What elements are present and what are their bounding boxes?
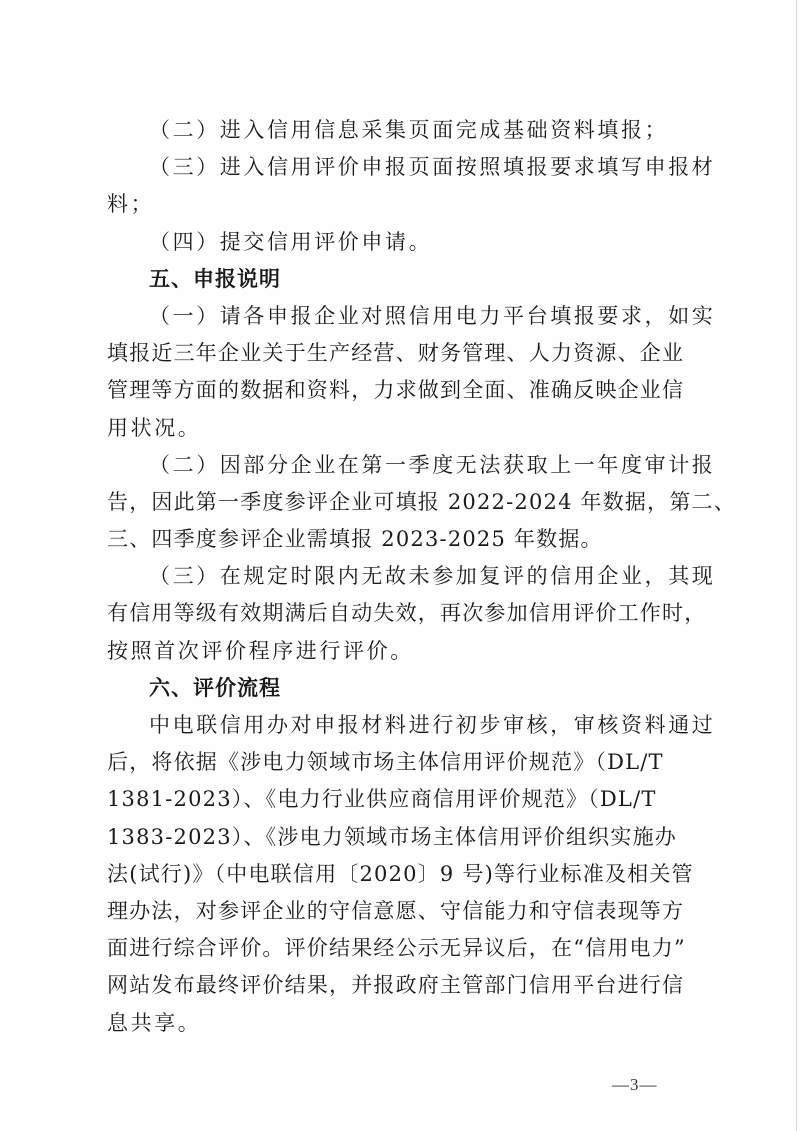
list-item-3-cont: 料； xyxy=(107,186,697,223)
paragraph-5-1: （一）请各申报企业对照信用电力平台填报要求，如实 xyxy=(107,298,697,335)
page-number: —3— xyxy=(612,1075,658,1095)
list-item-3: （三）进入信用评价申报页面按照填报要求填写申报材 xyxy=(107,149,697,186)
paragraph-5-2-line2: 告，因此第一季度参评企业可填报 2022-2024 年数据，第二、 xyxy=(107,484,697,521)
paragraph-5-1-line2: 填报近三年企业关于生产经营、财务管理、人力资源、企业 xyxy=(107,335,697,372)
paragraph-6-line6: 理办法，对参评企业的守信意愿、守信能力和守信表现等方 xyxy=(107,893,697,930)
page-edge-shadow xyxy=(796,0,797,1131)
paragraph-6-line3: 1381-2023）、《电力行业供应商信用评价规范》（DL/T xyxy=(107,781,697,818)
paragraph-6-line8: 网站发布最终评价结果，并报政府主管部门信用平台进行信 xyxy=(107,967,697,1004)
paragraph-6-line5: 法(试行)》（中电联信用〔2020〕9 号)等行业标准及相关管 xyxy=(107,856,697,893)
paragraph-5-3-line3: 按照首次评价程序进行评价。 xyxy=(107,633,697,670)
paragraph-6-line2: 后，将依据《涉电力领域市场主体信用评价规范》（DL/T xyxy=(107,744,697,781)
paragraph-6-line9: 息共享。 xyxy=(107,1005,697,1042)
paragraph-5-3-line2: 有信用等级有效期满后自动失效，再次参加信用评价工作时， xyxy=(107,595,697,632)
document-page: （二）进入信用信息采集页面完成基础资料填报； （三）进入信用评价申报页面按照填报… xyxy=(0,0,800,1131)
list-item-2: （二）进入信用信息采集页面完成基础资料填报； xyxy=(107,112,697,149)
document-body: （二）进入信用信息采集页面完成基础资料填报； （三）进入信用评价申报页面按照填报… xyxy=(107,112,697,1042)
paragraph-5-1-line4: 用状况。 xyxy=(107,410,697,447)
section-heading-5: 五、申报说明 xyxy=(107,261,697,298)
paragraph-5-1-line3: 管理等方面的数据和资料，力求做到全面、准确反映企业信 xyxy=(107,372,697,409)
paragraph-6: 中电联信用办对申报材料进行初步审核，审核资料通过 xyxy=(107,707,697,744)
paragraph-5-2: （二）因部分企业在第一季度无法获取上一年度审计报 xyxy=(107,447,697,484)
section-heading-6: 六、评价流程 xyxy=(107,670,697,707)
paragraph-6-line4: 1383-2023）、《涉电力领域市场主体信用评价组织实施办 xyxy=(107,819,697,856)
paragraph-5-2-line3: 三、四季度参评企业需填报 2023-2025 年数据。 xyxy=(107,521,697,558)
paragraph-6-line7: 面进行综合评价。评价结果经公示无异议后，在“信用电力” xyxy=(107,930,697,967)
paragraph-5-3: （三）在规定时限内无故未参加复评的信用企业，其现 xyxy=(107,558,697,595)
list-item-4: （四）提交信用评价申请。 xyxy=(107,224,697,261)
